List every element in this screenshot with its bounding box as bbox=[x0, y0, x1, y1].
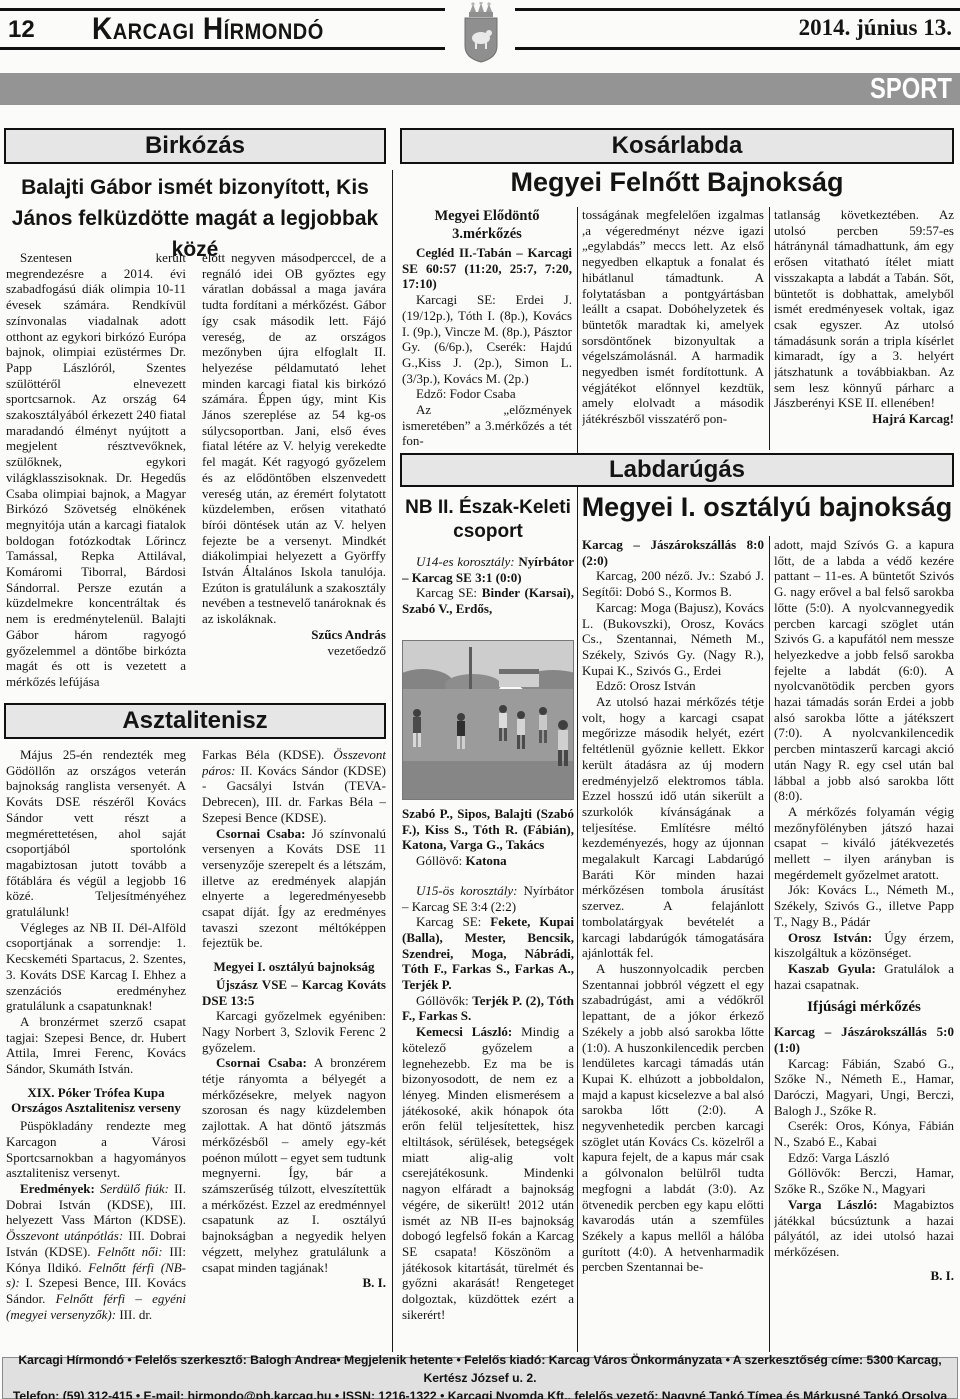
section-header-football: Labdarúgás bbox=[400, 453, 954, 487]
lineup: Karcag: Moga (Bajusz), Kovács L. (Bukovs… bbox=[582, 600, 764, 679]
section-title: Asztalitenisz bbox=[122, 707, 267, 735]
basketball-column-c: tatlanság következtében. Az utolsó percb… bbox=[774, 207, 954, 457]
column-rule bbox=[392, 170, 393, 1352]
paragraph: Az „előzmények ismeretében” a 3.mérkőzés… bbox=[402, 402, 572, 449]
paragraph: Karcag, 200 néző. Jv.: Szabó J. Segítői:… bbox=[582, 568, 764, 599]
issue-date: 2014. június 13. bbox=[799, 15, 952, 41]
football-title: Megyei I. osztályú bajnokság bbox=[580, 492, 954, 523]
coach-quote: Varga László: Magabiztos játékkal búcsúz… bbox=[774, 1197, 954, 1260]
tabletennis-column-2: Farkas Béla (KDSE). Összevont páros: II.… bbox=[202, 747, 386, 1353]
basketball-title: Megyei Felnőtt Bajnokság bbox=[400, 167, 954, 198]
signature-name: Szűcs András bbox=[202, 627, 386, 643]
paragraph: adott, majd Szívós G. a kapura lőtt, de … bbox=[774, 537, 954, 804]
signature: Hajrá Karcag! bbox=[774, 411, 954, 427]
paragraph: Edző: Orosz István bbox=[582, 678, 764, 694]
paragraph: Karcag SE: Binder (Karsai), Szabó V., Er… bbox=[402, 585, 574, 616]
paragraph: Eredmények: Serdülő fiúk: II. Dobrai Ist… bbox=[6, 1181, 186, 1322]
section-title: Birkózás bbox=[145, 132, 245, 160]
football-youth-column-top: NB II. Észak-Keleti csoport U14-es koros… bbox=[402, 496, 574, 636]
football-match-photo bbox=[402, 640, 574, 800]
paragraph: Jók: Kovács L., Németh M., Székely, Sziv… bbox=[774, 882, 954, 929]
paragraph: Cserék: Oros, Kónya, Fábián N., Szabó E.… bbox=[774, 1118, 954, 1149]
wrestling-column-1: Szentesen került megrendezésre a 2014. é… bbox=[6, 250, 186, 702]
paragraph: Karcagi SE: Erdei J. (19/12p.), Tóth I. … bbox=[402, 292, 572, 386]
paragraph: Május 25-én rendezték meg Gödöllőn az or… bbox=[6, 747, 186, 920]
paragraph: A huszonnyolcadik percben Szentannai job… bbox=[582, 961, 764, 1275]
subheading: Megyei I. osztályú bajnokság bbox=[202, 959, 386, 975]
paragraph: A mérkőzés folyamán végig mezőnyfölénybe… bbox=[774, 804, 954, 883]
match-result: Karcag – Jászárokszállás 8:0 (2:0) bbox=[582, 537, 764, 568]
karcag-coat-of-arms bbox=[459, 2, 503, 64]
paragraph: Az utolsó hazai mérkőzés tétje volt, hog… bbox=[582, 694, 764, 961]
paragraph: Végleges az NB II. Dél-Alföld csoportján… bbox=[6, 920, 186, 1014]
paragraph: Góllövők: Berczi, Hamar, Szőke R., Szőke… bbox=[774, 1165, 954, 1196]
paragraph: Püspökladány rendezte meg Karcagon a Vár… bbox=[6, 1118, 186, 1181]
coach-quote: Orosz István: Úgy érzem, kiszolgáltuk a … bbox=[774, 930, 954, 961]
basketball-column-a: Megyei Elődöntő 3.mérkőzés Cegléd II.-Ta… bbox=[402, 207, 572, 453]
sport-section-label: SPORT bbox=[870, 73, 952, 106]
column-rule bbox=[769, 207, 770, 450]
imprint-line-1: Karcagi Hírmondó • Felelős szerkesztő: B… bbox=[3, 1351, 957, 1387]
newspaper-title: Karcagi Hírmondó bbox=[92, 11, 324, 47]
section-header-basketball: Kosárlabda bbox=[400, 128, 954, 164]
section-header-wrestling: Birkózás bbox=[4, 128, 386, 164]
subheading: Ifjúsági mérkőzés bbox=[774, 1000, 954, 1016]
lineup: Karcag SE: Fekete, Kupai (Balla), Mester… bbox=[402, 914, 574, 993]
football-column-left: Karcag – Jászárokszállás 8:0 (2:0) Karca… bbox=[582, 537, 764, 1352]
football-column-right: adott, majd Szívós G. a kapura lőtt, de … bbox=[774, 537, 954, 1352]
paragraph: Góllövők: Terjék P. (2), Tóth F., Farkas… bbox=[402, 993, 574, 1024]
paragraph: A bronzérmet szerző csapat tagjai: Szepe… bbox=[6, 1014, 186, 1077]
paragraph: Edző: Fodor Csaba bbox=[402, 386, 572, 402]
paragraph: Góllövő: Katona bbox=[402, 853, 574, 869]
column-rule bbox=[769, 536, 770, 1352]
sport-section-band: SPORT bbox=[0, 73, 960, 105]
crown-icon bbox=[469, 2, 493, 17]
imprint-line-2: Telefon: (59) 312-415 • E-mail: hirmondo… bbox=[3, 1387, 957, 1399]
wrestling-column-2: előtt negyven másodperccel, de a regnáló… bbox=[202, 250, 386, 702]
section-title: Kosárlabda bbox=[612, 132, 743, 160]
lineup: Szabó P., Sipos, Balajti (Szabó F.), Kis… bbox=[402, 806, 574, 853]
paragraph: Edző: Varga László bbox=[774, 1150, 954, 1166]
paragraph: Farkas Béla (KDSE). Összevont páros: II.… bbox=[202, 747, 386, 826]
paragraph: Csornai Csaba: A bronzérem tétje rányomt… bbox=[202, 1055, 386, 1275]
section-header-tabletennis: Asztalitenisz bbox=[4, 703, 386, 739]
paragraph: Karcagi győzelmek egyéniben: Nagy Norber… bbox=[202, 1008, 386, 1055]
signature: B. I. bbox=[774, 1268, 954, 1284]
subheading: NB II. Észak-Keleti csoport bbox=[402, 496, 574, 544]
signature: B. I. bbox=[202, 1275, 386, 1291]
paragraph: tosságának megfelelően izgalmas ,a véger… bbox=[582, 207, 764, 427]
signature-role: vezetőedző bbox=[202, 643, 386, 659]
paragraph: Csornai Csaba: Jó színvonalú versenyen a… bbox=[202, 826, 386, 952]
match-result: Újszász VSE – Karcag Kováts DSE 13:5 bbox=[202, 977, 386, 1008]
paragraph: előtt negyven másodperccel, de a regnáló… bbox=[202, 250, 386, 627]
subheading: XIX. Póker Trófea Kupa Országos Asztalit… bbox=[6, 1085, 186, 1116]
match-result: Karcag – Jászárokszállás 5:0 (1:0) bbox=[774, 1024, 954, 1055]
coach-quote: Kemecsi László: Mindig a kötelező győzel… bbox=[402, 1024, 574, 1322]
paragraph: U14-es korosztály: Nyírbátor – Karcag SE… bbox=[402, 554, 574, 585]
page-number: 12 bbox=[8, 16, 35, 44]
football-youth-column-bottom: Szabó P., Sipos, Balajti (Szabó F.), Kis… bbox=[402, 806, 574, 1352]
imprint-footer: Karcagi Hírmondó • Felelős szerkesztő: B… bbox=[2, 1357, 958, 1399]
column-rule bbox=[577, 207, 578, 1352]
newspaper-page: 12 Karcagi Hírmondó 2014. június 13. bbox=[0, 0, 960, 1399]
tabletennis-column-1: Május 25-én rendezték meg Gödöllőn az or… bbox=[6, 747, 186, 1353]
basketball-column-b: tosságának megfelelően izgalmas ,a véger… bbox=[582, 207, 764, 457]
paragraph: U15-ös korosztály: Nyírbátor – Karcag SE… bbox=[402, 883, 574, 914]
paragraph: Szentesen került megrendezésre a 2014. é… bbox=[6, 250, 186, 690]
subheading: Megyei Elődöntő 3.mérkőzés bbox=[402, 207, 572, 243]
section-title: Labdarúgás bbox=[609, 456, 745, 484]
coach-quote: Kaszab Gyula: Gratulálok a hazai csapatn… bbox=[774, 961, 954, 992]
paragraph: tatlanság következtében. Az utolsó percb… bbox=[774, 207, 954, 411]
lineup: Karcag: Fábián, Szabó G., Szőke N., Néme… bbox=[774, 1056, 954, 1119]
match-result: Cegléd II.-Tabán – Karcagi SE 60:57 (11:… bbox=[402, 245, 572, 292]
